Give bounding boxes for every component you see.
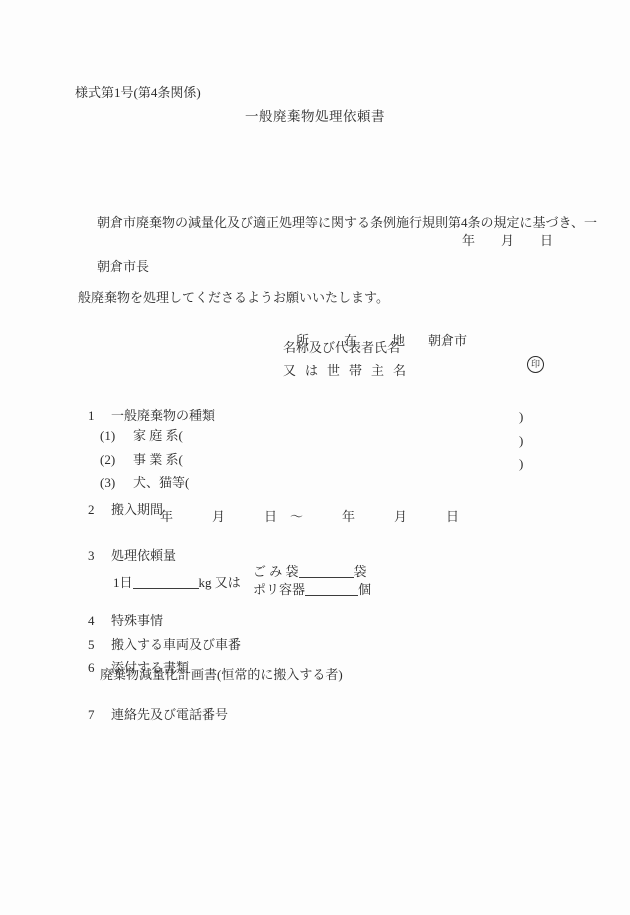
document-title: 一般廃棄物処理依頼書 bbox=[0, 105, 630, 125]
date-field-line: 年 月 日 bbox=[462, 230, 553, 249]
representative-name-label: 名称及び代表者氏名 bbox=[283, 337, 400, 356]
section-2-title: 搬入期間 bbox=[111, 502, 163, 517]
body-text-line2: 般廃棄物を処理してくださるようお願いいたします。 bbox=[78, 285, 584, 310]
poly-container-blank bbox=[305, 583, 358, 596]
addressee: 朝倉市長 bbox=[97, 256, 149, 275]
address-value: 朝倉市 bbox=[428, 333, 467, 348]
item-2-close-paren: ) bbox=[519, 433, 523, 449]
poly-container-unit: 個 bbox=[358, 582, 371, 597]
household-head-label: 又は世帯主名 bbox=[283, 360, 415, 379]
daily-amount-unit: kg 又は bbox=[199, 575, 241, 590]
poly-container-row: ポリ容器個 bbox=[240, 563, 371, 614]
daily-amount-prefix: 1日 bbox=[113, 575, 133, 590]
item-3-close-paren: ) bbox=[519, 456, 523, 472]
form-number: 様式第1号(第4条関係) bbox=[75, 82, 201, 101]
section-7-title: 連絡先及び電話番号 bbox=[111, 707, 228, 722]
carry-in-period-date-range: 年 月 日 ～ 年 月 日 bbox=[160, 506, 459, 525]
poly-container-label: ポリ容器 bbox=[253, 582, 305, 597]
item-1-close-paren: ) bbox=[519, 409, 523, 425]
daily-amount-blank bbox=[133, 576, 199, 589]
section-7-heading: 7連絡先及び電話番号 bbox=[75, 688, 228, 739]
document-page: 様式第1号(第4条関係) 一般廃棄物処理依頼書 朝倉市廃棄物の減量化及び適正処理… bbox=[0, 0, 630, 915]
section-7-number: 7 bbox=[88, 707, 111, 723]
seal-char: 印 bbox=[531, 359, 540, 369]
section-2-number: 2 bbox=[88, 502, 111, 518]
section-2-heading: 2搬入期間 bbox=[75, 483, 163, 534]
attached-document-note: 廃棄物減量化計画書(恒常的に搬入する者) bbox=[100, 664, 343, 683]
seal-mark: 印 bbox=[527, 356, 544, 373]
